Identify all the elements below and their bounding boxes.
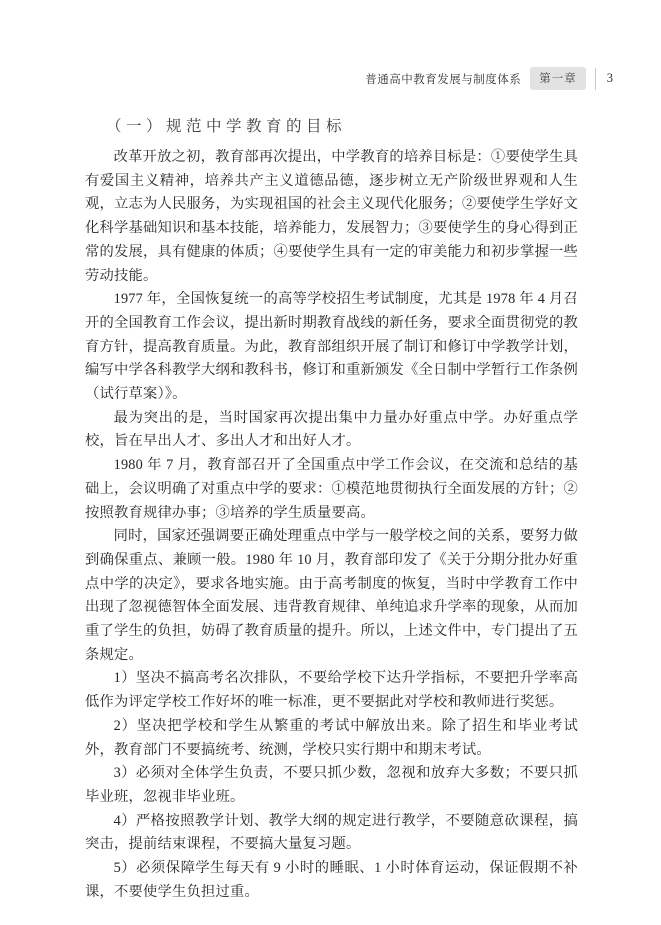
paragraph-1980-july: 1980 年 7 月，教育部召开了全国重点中学工作会议，在交流和总结的基础上，会… (85, 454, 578, 525)
chapter-badge: 第一章 (530, 67, 586, 90)
rule-item-2: 2）坚决把学校和学生从繁重的考试中解放出来。除了招生和毕业考试外，教育部门不要搞… (85, 715, 578, 762)
rule-item-5: 5）必须保障学生每天有 9 小时的睡眠、1 小时体育运动，保证假期不补课，不要使… (85, 857, 578, 904)
rule-item-4: 4）严格按照教学计划、教学大纲的规定进行教学，不要随意砍课程，搞突击，提前结束课… (85, 810, 578, 857)
rule-item-1: 1）坚决不搞高考名次排队，不要给学校下达升学指标，不要把升学率高低作为评定学校工… (85, 667, 578, 714)
page-number: 3 (605, 71, 613, 86)
section-heading: （一）规范中学教育的目标 (106, 114, 346, 136)
paragraph-1977: 1977 年，全国恢复统一的高等学校招生考试制度，尤其是 1978 年 4 月召… (85, 288, 578, 407)
running-header: 普通高中教育发展与制度体系 第一章 3 (365, 67, 613, 90)
paragraph-1980-oct: 同时，国家还强调要正确处理重点中学与一般学校之间的关系，要努力做到确保重点、兼顾… (85, 525, 578, 667)
header-separator (595, 68, 596, 90)
rule-item-3: 3）必须对全体学生负责，不要只抓少数，忽视和放弃大多数；不要只抓毕业班，忽视非毕… (85, 762, 578, 809)
book-page: 普通高中教育发展与制度体系 第一章 3 （一）规范中学教育的目标 改革开放之初，… (0, 0, 661, 925)
body-text: 改革开放之初，教育部再次提出，中学教育的培养目标是：①要使学生具有爱国主义精神，… (85, 146, 578, 905)
running-title: 普通高中教育发展与制度体系 (365, 71, 521, 87)
paragraph-goals: 改革开放之初，教育部再次提出，中学教育的培养目标是：①要使学生具有爱国主义精神，… (85, 146, 578, 288)
paragraph-key-schools: 最为突出的是，当时国家再次提出集中力量办好重点中学。办好重点学校，旨在早出人才、… (85, 407, 578, 454)
